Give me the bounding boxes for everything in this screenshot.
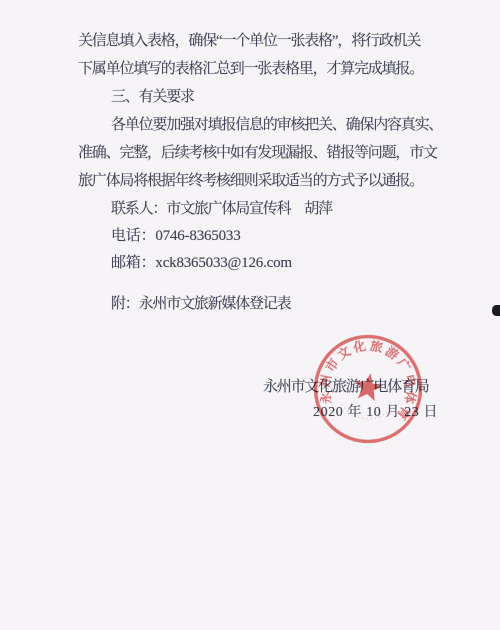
- seal-arc-text: 永州市文化旅游广电体育局: [303, 324, 429, 425]
- body-line: 准确、完整，后续考核中如有发现漏报、错报等问题，市文: [78, 141, 437, 162]
- scan-artifact-speck: [492, 305, 500, 316]
- seal-code-marks: ·············: [336, 401, 392, 426]
- star-icon: [352, 371, 384, 402]
- contact-person-line: 联系人：市文旅广体局宣传科 胡萍: [111, 197, 332, 218]
- attachment-line: 附：永州市文旅新媒体登记表: [111, 292, 290, 313]
- contact-email-line: 邮箱：xck8365033@126.com: [111, 251, 292, 272]
- section-heading: 三、有关要求: [111, 85, 194, 106]
- contact-phone-line: 电话：0746-8365033: [111, 224, 241, 245]
- scanned-document-page: 关信息填入表格，确保“一个单位一张表格”，将行政机关 下属单位填写的表格汇总到一…: [0, 0, 500, 630]
- official-seal: 永州市文化旅游广电体育局 ·············: [303, 324, 433, 454]
- body-line: 旅广体局将根据年终考核细则采取适当的方式予以通报。: [78, 169, 423, 190]
- body-line: 各单位要加强对填报信息的审核把关、确保内容真实、: [111, 113, 442, 134]
- body-line: 关信息填入表格，确保“一个单位一张表格”，将行政机关: [78, 29, 420, 50]
- body-line: 下属单位填写的表格汇总到一张表格里，才算完成填报。: [78, 57, 423, 78]
